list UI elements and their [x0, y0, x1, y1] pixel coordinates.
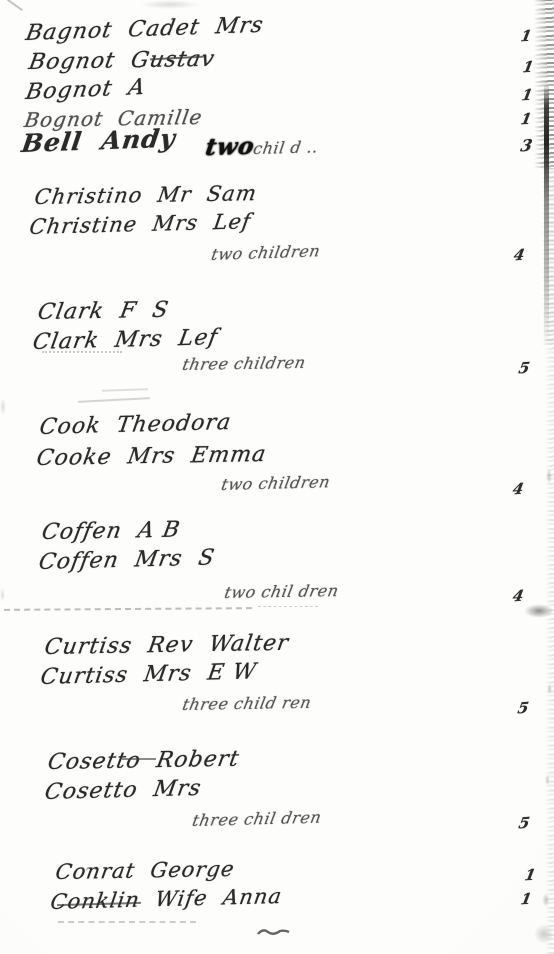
children-note: chil d .. [252, 139, 319, 157]
entry-line: Curtiss Mrs E W [39, 661, 258, 689]
entry-line: Cosetto Mrs [43, 778, 203, 804]
entry-line: Cook Theodora [38, 412, 233, 439]
scanned-register-page: Bagnot Cadet Mrs 1 Bognot Gustav 1 Bogno… [0, 0, 554, 954]
entry-line: Christine Mrs Lef [28, 211, 252, 238]
entry-line: Conklin Wife Anna [49, 886, 284, 913]
children-note: two children [220, 474, 332, 493]
tally-mark: 1 [523, 866, 537, 885]
binding-edge-line [544, 84, 549, 346]
ghost-dash-mark [78, 397, 150, 403]
entry-line: Conrat George [54, 859, 236, 883]
tally-mark: 1 [519, 27, 533, 46]
crease-line [258, 606, 318, 607]
children-note: three children [181, 355, 307, 373]
entry-line: Christino Mr Sam [33, 183, 258, 208]
tally-mark: 4 [511, 480, 525, 499]
entry-line: Clark Mrs Lef [31, 327, 219, 354]
children-note: three child ren [181, 695, 313, 713]
entry-line: Cooke Mrs Emma [35, 444, 268, 470]
tally-mark: 1 [520, 86, 534, 105]
tally-mark: 1 [519, 110, 533, 129]
edge-smudge [534, 924, 554, 944]
entry-line: Clark F S [36, 300, 170, 324]
stray-dash-mark [122, 758, 156, 760]
entry-line: Coffen A B [40, 520, 182, 544]
entry-line: Bell Andy [20, 126, 177, 156]
entry-line: Curtiss Rev Walter [43, 633, 290, 659]
left-edge-speck [0, 588, 5, 602]
crease-line [4, 607, 252, 611]
entry-line: Coffen Mrs S [37, 547, 216, 574]
entry-line: Bognot Gustav [27, 49, 217, 74]
page-edge-shadow [545, 348, 554, 954]
entry-line: Bognot A [24, 77, 147, 104]
corner-mark [7, 0, 23, 11]
left-edge-speck [0, 398, 6, 416]
tally-mark: 5 [517, 359, 531, 378]
edge-smudge [547, 684, 552, 694]
children-note: two chil dren [223, 583, 340, 601]
edge-smudge [546, 468, 552, 484]
children-note: three chil dren [191, 810, 323, 829]
ghost-dash-mark [102, 388, 148, 392]
tally-mark: 1 [519, 890, 533, 909]
edge-smudge [545, 774, 550, 786]
tally-mark: 5 [517, 814, 531, 833]
tally-mark: 4 [511, 587, 525, 606]
entry-line: Bagnot Cadet Mrs [24, 15, 265, 45]
tally-mark: 4 [512, 246, 526, 265]
tally-mark: 3 [519, 136, 534, 156]
entry-line: Cosetto Robert [46, 749, 241, 774]
children-note-blot: two [204, 135, 256, 159]
ink-squiggle-mark [256, 925, 292, 939]
tally-mark: 5 [516, 699, 530, 718]
edge-smudge [542, 893, 550, 907]
children-note: two children [210, 243, 322, 263]
faint-dots-mark [42, 351, 122, 353]
top-edge-smudge [140, 0, 200, 9]
faint-underline-mark [58, 921, 196, 923]
